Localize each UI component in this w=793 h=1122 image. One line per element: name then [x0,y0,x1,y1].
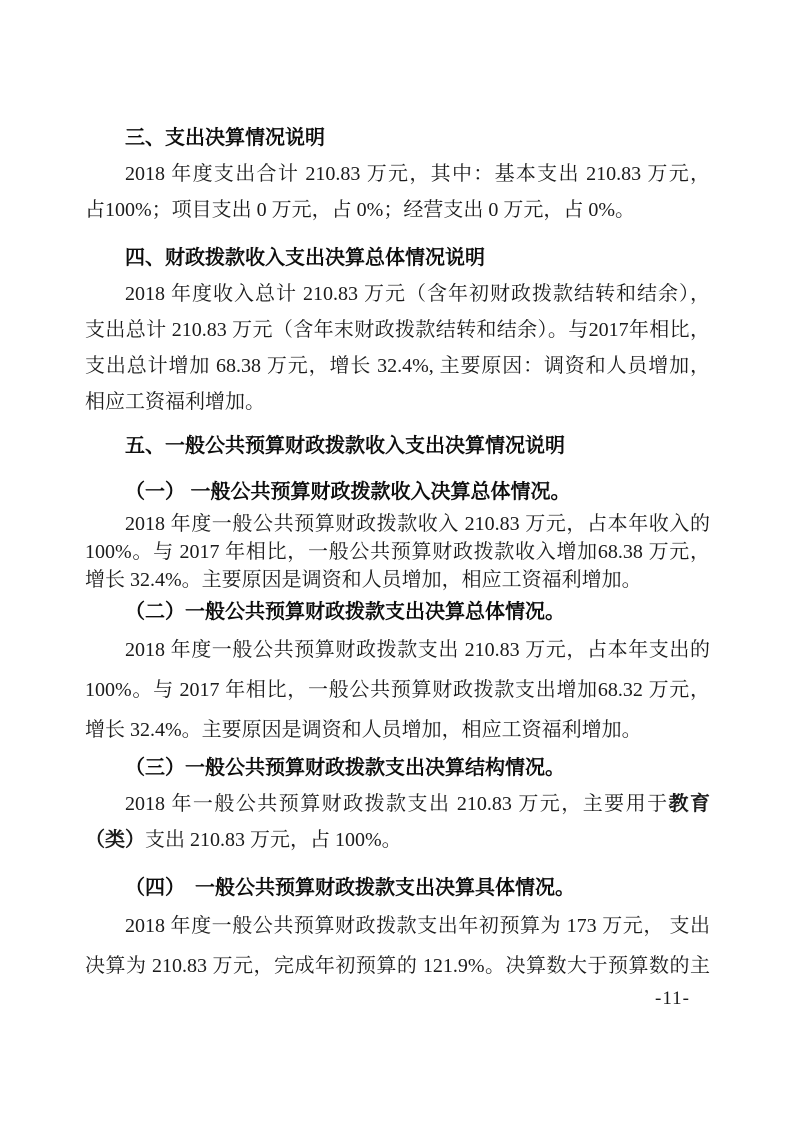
section-4-paragraph: 2018 年度收入总计 210.83 万元（含年初财政拨款结转和结余）， 支出总… [85,276,710,420]
page-number: -11- [655,988,690,1010]
text-line: 支出总计增加 68.38 万元，增长 32.4%, 主要原因：调资和人员增加， [85,348,710,384]
section-3-heading: 三、支出决算情况说明 [85,120,710,156]
document-body: 三、支出决算情况说明 2018 年度支出合计 210.83 万元，其中：基本支出… [0,0,793,986]
text-line: 决算为 210.83 万元，完成年初预算的 121.9%。决算数大于预算数的主 [85,946,710,986]
text-run: 2018 年一般公共预算财政拨款支出 210.83 万元，主要用于 [125,793,669,815]
section-5-4-heading: （四） 一般公共预算财政拨款支出决算具体情况。 [85,870,710,906]
section-3-paragraph: 2018 年度支出合计 210.83 万元，其中：基本支出 210.83 万元，… [85,156,710,228]
text-line: 2018 年度支出合计 210.83 万元，其中：基本支出 210.83 万元， [85,156,710,192]
section-5-4-paragraph: 2018 年度一般公共预算财政拨款支出年初预算为 173 万元， 支出 决算为 … [85,906,710,986]
text-line: 增长 32.4%。主要原因是调资和人员增加，相应工资福利增加。 [85,566,710,594]
section-5-2-paragraph: 2018 年度一般公共预算财政拨款支出 210.83 万元，占本年支出的 100… [85,630,710,750]
document-page: 三、支出决算情况说明 2018 年度支出合计 210.83 万元，其中：基本支出… [0,0,793,1122]
text-line: 2018 年度收入总计 210.83 万元（含年初财政拨款结转和结余）， [85,276,710,312]
section-5-1-paragraph: 2018 年度一般公共预算财政拨款收入 210.83 万元，占本年收入的 100… [85,510,710,594]
section-5-3-paragraph: 2018 年一般公共预算财政拨款支出 210.83 万元，主要用于教育 （类）支… [85,786,710,858]
text-line: 增长 32.4%。主要原因是调资和人员增加，相应工资福利增加。 [85,710,710,750]
section-5-heading: 五、一般公共预算财政拨款收入支出决算情况说明 [85,428,710,464]
text-line: 2018 年度一般公共预算财政拨款支出年初预算为 173 万元， 支出 [85,906,710,946]
text-line: 2018 年度一般公共预算财政拨款收入 210.83 万元，占本年收入的 [85,510,710,538]
text-line: 100%。与 2017 年相比，一般公共预算财政拨款收入增加68.38 万元， [85,538,710,566]
text-line: 占100%；项目支出 0 万元，占 0%；经营支出 0 万元，占 0%。 [85,192,710,228]
text-run: 支出 210.83 万元，占 100%。 [145,829,402,851]
text-line: 相应工资福利增加。 [85,384,710,420]
bold-text-run: 教育 [669,793,710,815]
text-line: 支出总计 210.83 万元（含年末财政拨款结转和结余）。与2017年相比， [85,312,710,348]
text-line: （类）支出 210.83 万元，占 100%。 [85,822,710,858]
section-5-1-heading: （一） 一般公共预算财政拨款收入决算总体情况。 [85,474,710,510]
section-5-3-heading: （三）一般公共预算财政拨款支出决算结构情况。 [85,750,710,786]
bold-text-run: （类） [85,829,145,851]
text-line: 2018 年度一般公共预算财政拨款支出 210.83 万元，占本年支出的 [85,630,710,670]
text-line: 2018 年一般公共预算财政拨款支出 210.83 万元，主要用于教育 [85,786,710,822]
section-4-heading: 四、财政拨款收入支出决算总体情况说明 [85,240,710,276]
section-5-2-heading: （二）一般公共预算财政拨款支出决算总体情况。 [85,594,710,630]
text-line: 100%。与 2017 年相比，一般公共预算财政拨款支出增加68.32 万元， [85,670,710,710]
